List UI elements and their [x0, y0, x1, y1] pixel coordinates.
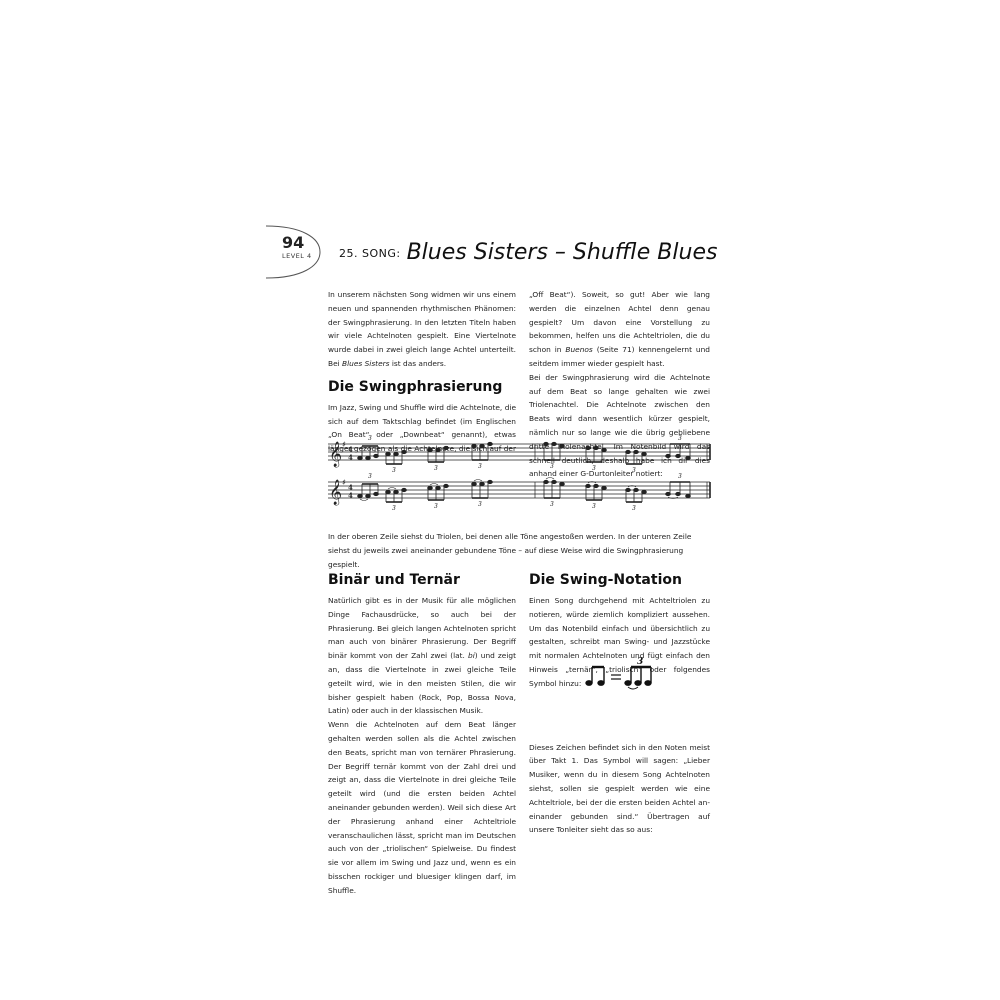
svg-text:3: 3	[434, 465, 438, 472]
svg-text:3: 3	[550, 501, 554, 508]
svg-text:3: 3	[678, 473, 682, 480]
svg-text:𝄞: 𝄞	[329, 441, 342, 467]
song-number: 25. SONG:	[339, 247, 401, 260]
svg-text:3: 3	[368, 435, 372, 442]
swing-symbol-icon: 3	[585, 655, 665, 691]
svg-text:♯: ♯	[342, 478, 346, 487]
svg-text:4: 4	[348, 453, 353, 462]
page-level: LEVEL 4	[282, 252, 312, 260]
song-title: Blues Sisters – Shuffle Blues	[407, 240, 718, 265]
svg-text:3: 3	[392, 467, 396, 474]
column-left-bottom: Binär und Ternär Natürlich gibt es in de…	[328, 564, 516, 898]
svg-text:3: 3	[592, 465, 596, 472]
svg-text:♯: ♯	[342, 440, 346, 449]
svg-text:3: 3	[637, 657, 643, 667]
svg-text:4: 4	[348, 491, 353, 500]
svg-text:3: 3	[434, 503, 438, 510]
notation-paragraph-2: Dieses Zeichen befindet sich in den Note…	[529, 741, 710, 838]
svg-text:3: 3	[478, 463, 482, 470]
page-number: 94	[282, 233, 304, 252]
svg-text:3: 3	[478, 501, 482, 508]
svg-text:3: 3	[368, 473, 372, 480]
intro-paragraph: In unserem nächsten Song widmen wir uns …	[328, 288, 516, 371]
heading-swingphrasierung: Die Swingphrasierung	[328, 377, 516, 397]
svg-text:3: 3	[678, 435, 682, 442]
svg-text:3: 3	[392, 505, 396, 512]
svg-text:𝄞: 𝄞	[329, 479, 342, 505]
page-title: 25. SONG:Blues Sisters – Shuffle Blues	[339, 240, 717, 265]
svg-text:3: 3	[632, 505, 636, 512]
swing-paragraph-1-cont: „Off Beat“). Soweit, so gut! Aber wie la…	[529, 288, 710, 371]
svg-text:3: 3	[550, 463, 554, 470]
music-score-g-major-scale: 𝄞 𝄞 ♯♯ 44 44 3333 3333 333	[328, 432, 712, 516]
svg-text:3: 3	[592, 503, 596, 510]
svg-text:3: 3	[632, 467, 636, 474]
heading-swing-notation: Die Swing-Notation	[529, 570, 710, 590]
column-right-bottom: Die Swing-Notation Einen Song durchgehen…	[529, 564, 710, 837]
binaer-paragraph-2: Wenn die Achtelnoten auf dem Beat länger…	[328, 718, 516, 897]
heading-binaer-ternaer: Binär und Ternär	[328, 570, 516, 590]
binaer-paragraph-1: Natürlich gibt es in der Musik für alle …	[328, 594, 516, 718]
